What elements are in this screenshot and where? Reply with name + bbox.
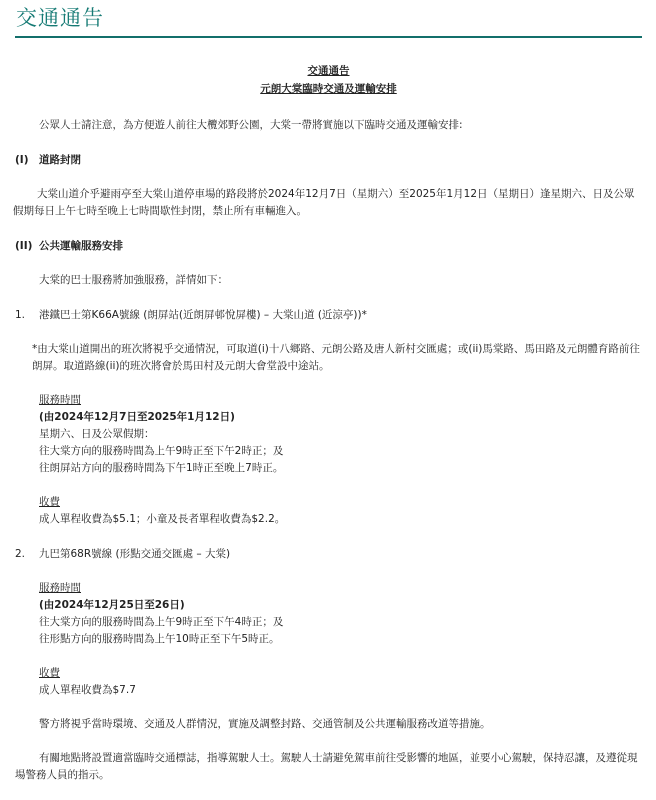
route-note: *由大棠山道開出的班次將視乎交通情況，可取道(i)十八鄉路、元朗公路及唐人新村交… xyxy=(15,341,642,375)
fare-text: 成人單程收費為$5.1；小童及長者單程收費為$2.2。 xyxy=(39,511,642,528)
fare-label: 收費 xyxy=(39,494,642,511)
section-road-closure-heading: (I) 道路封閉 xyxy=(15,151,642,169)
public-transport-paragraph: 大棠的巴士服務將加強服務，詳情如下： xyxy=(15,272,642,289)
section-heading-text: 道路封閉 xyxy=(39,151,81,169)
route-number: 2. xyxy=(15,545,39,563)
route-item-68r: 2. 九巴第68R號線 (形點交通交匯處 – 大棠) xyxy=(15,545,642,563)
service-line: 往大棠方向的服務時間為上午9時正至下午4時正；及 xyxy=(39,614,642,631)
closing-paragraph-drivers: 有關地點將設置適當臨時交通標誌，指導駕駛人士。駕駛人士請避免駕車前往受影響的地區… xyxy=(15,750,642,784)
notice-content: 交通通告 元朗大棠臨時交通及運輸安排 公眾人士請注意，為方便遊人前往大欖郊野公園… xyxy=(15,62,642,784)
service-line: 往朗屏站方向的服務時間為下午1時正至晚上7時正。 xyxy=(39,460,642,477)
service-hours-label: 服務時間 xyxy=(39,580,642,597)
route-number: 1. xyxy=(15,306,39,324)
fare-label: 收費 xyxy=(39,665,642,682)
intro-paragraph: 公眾人士請注意，為方便遊人前往大欖郊野公園，大棠一帶將實施以下臨時交通及運輸安排… xyxy=(15,117,642,134)
closing-paragraph-police: 警方將視乎當時環境、交通及人群情況，實施及調整封路、交通管制及公共運輸服務改道等… xyxy=(15,716,642,733)
section-heading-text: 公共運輸服務安排 xyxy=(39,237,123,255)
service-line: 往形點方向的服務時間為上午10時正至下午5時正。 xyxy=(39,631,642,648)
service-period: (由2024年12月7日至2025年1月12日) xyxy=(39,409,642,426)
road-closure-paragraph: 大棠山道介乎避雨亭至大棠山道停車場的路段將於2024年12月7日（星期六）至20… xyxy=(13,186,642,220)
route-title: 九巴第68R號線 (形點交通交匯處 – 大棠) xyxy=(39,545,230,563)
service-line: 往大棠方向的服務時間為上午9時正至下午2時正；及 xyxy=(39,443,642,460)
route-item-k66a: 1. 港鐵巴士第K66A號線 (朗屏站(近朗屏邨悅屏樓) – 大棠山道 (近涼亭… xyxy=(15,306,642,324)
page-header: 交通通告 xyxy=(15,4,642,38)
route-68r-details: 服務時間 (由2024年12月25日至26日) 往大棠方向的服務時間為上午9時正… xyxy=(15,580,642,699)
section-number: (II) xyxy=(15,237,39,255)
fare-text: 成人單程收費為$7.7 xyxy=(39,682,642,699)
route-k66a-details: 服務時間 (由2024年12月7日至2025年1月12日) 星期六、日及公眾假期… xyxy=(15,392,642,528)
route-title: 港鐵巴士第K66A號線 (朗屏站(近朗屏邨悅屏樓) – 大棠山道 (近涼亭))* xyxy=(39,306,367,324)
service-hours-label: 服務時間 xyxy=(39,392,642,409)
section-number: (I) xyxy=(15,151,39,169)
service-line: 星期六、日及公眾假期： xyxy=(39,426,642,443)
page-title: 交通通告 xyxy=(15,4,642,32)
notice-title: 交通通告 xyxy=(15,62,642,80)
section-public-transport-heading: (II) 公共運輸服務安排 xyxy=(15,237,642,255)
notice-subtitle: 元朗大棠臨時交通及運輸安排 xyxy=(15,80,642,98)
service-period: (由2024年12月25日至26日) xyxy=(39,597,642,614)
